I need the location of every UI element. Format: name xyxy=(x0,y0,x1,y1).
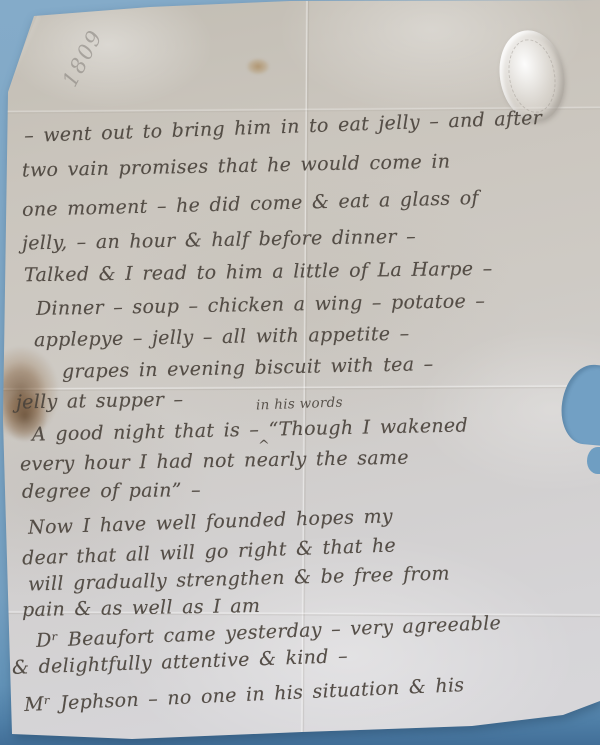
letter-body: in his words ^ – went out to bring him i… xyxy=(0,0,600,745)
letter-line: grapes in evening biscuit with tea – xyxy=(62,353,434,383)
letter-line: degree of pain” – xyxy=(22,479,201,503)
letter-line: jelly at supper – xyxy=(16,389,184,414)
letter-line: jelly, – an hour & half before dinner – xyxy=(22,226,416,255)
letter-line: Now I have well founded hopes my xyxy=(28,505,393,538)
letter-line: Mʳ Jephson – no one in his situation & h… xyxy=(24,674,465,716)
paper-shadow-wrap: 1809 in his words ^ – went out to bring … xyxy=(0,0,600,745)
letter-line: pain & as well as I am xyxy=(22,595,261,621)
interline-note: in his words xyxy=(256,394,343,413)
photo-backdrop: 1809 in his words ^ – went out to bring … xyxy=(0,0,600,745)
letter-line: one moment – he did come & eat a glass o… xyxy=(22,187,479,221)
letter-line: applepye – jelly – all with appetite – xyxy=(34,323,410,352)
letter-line: – went out to bring him in to eat jelly … xyxy=(24,107,543,147)
letter-line: dear that all will go right & that he xyxy=(22,534,397,569)
letter-line: Talked & I read to him a little of La Ha… xyxy=(24,258,493,287)
letter-line: Dinner – soup – chicken a wing – potatoe… xyxy=(36,290,486,320)
letter-line: will gradually strengthen & be free from xyxy=(28,562,450,595)
letter-paper: 1809 in his words ^ – went out to bring … xyxy=(0,0,600,745)
letter-line: two vain promises that he would come in xyxy=(22,151,451,182)
letter-line: every hour I had not nearly the same xyxy=(20,447,409,476)
letter-line: A good night that is – “Though I wakened xyxy=(32,414,468,445)
